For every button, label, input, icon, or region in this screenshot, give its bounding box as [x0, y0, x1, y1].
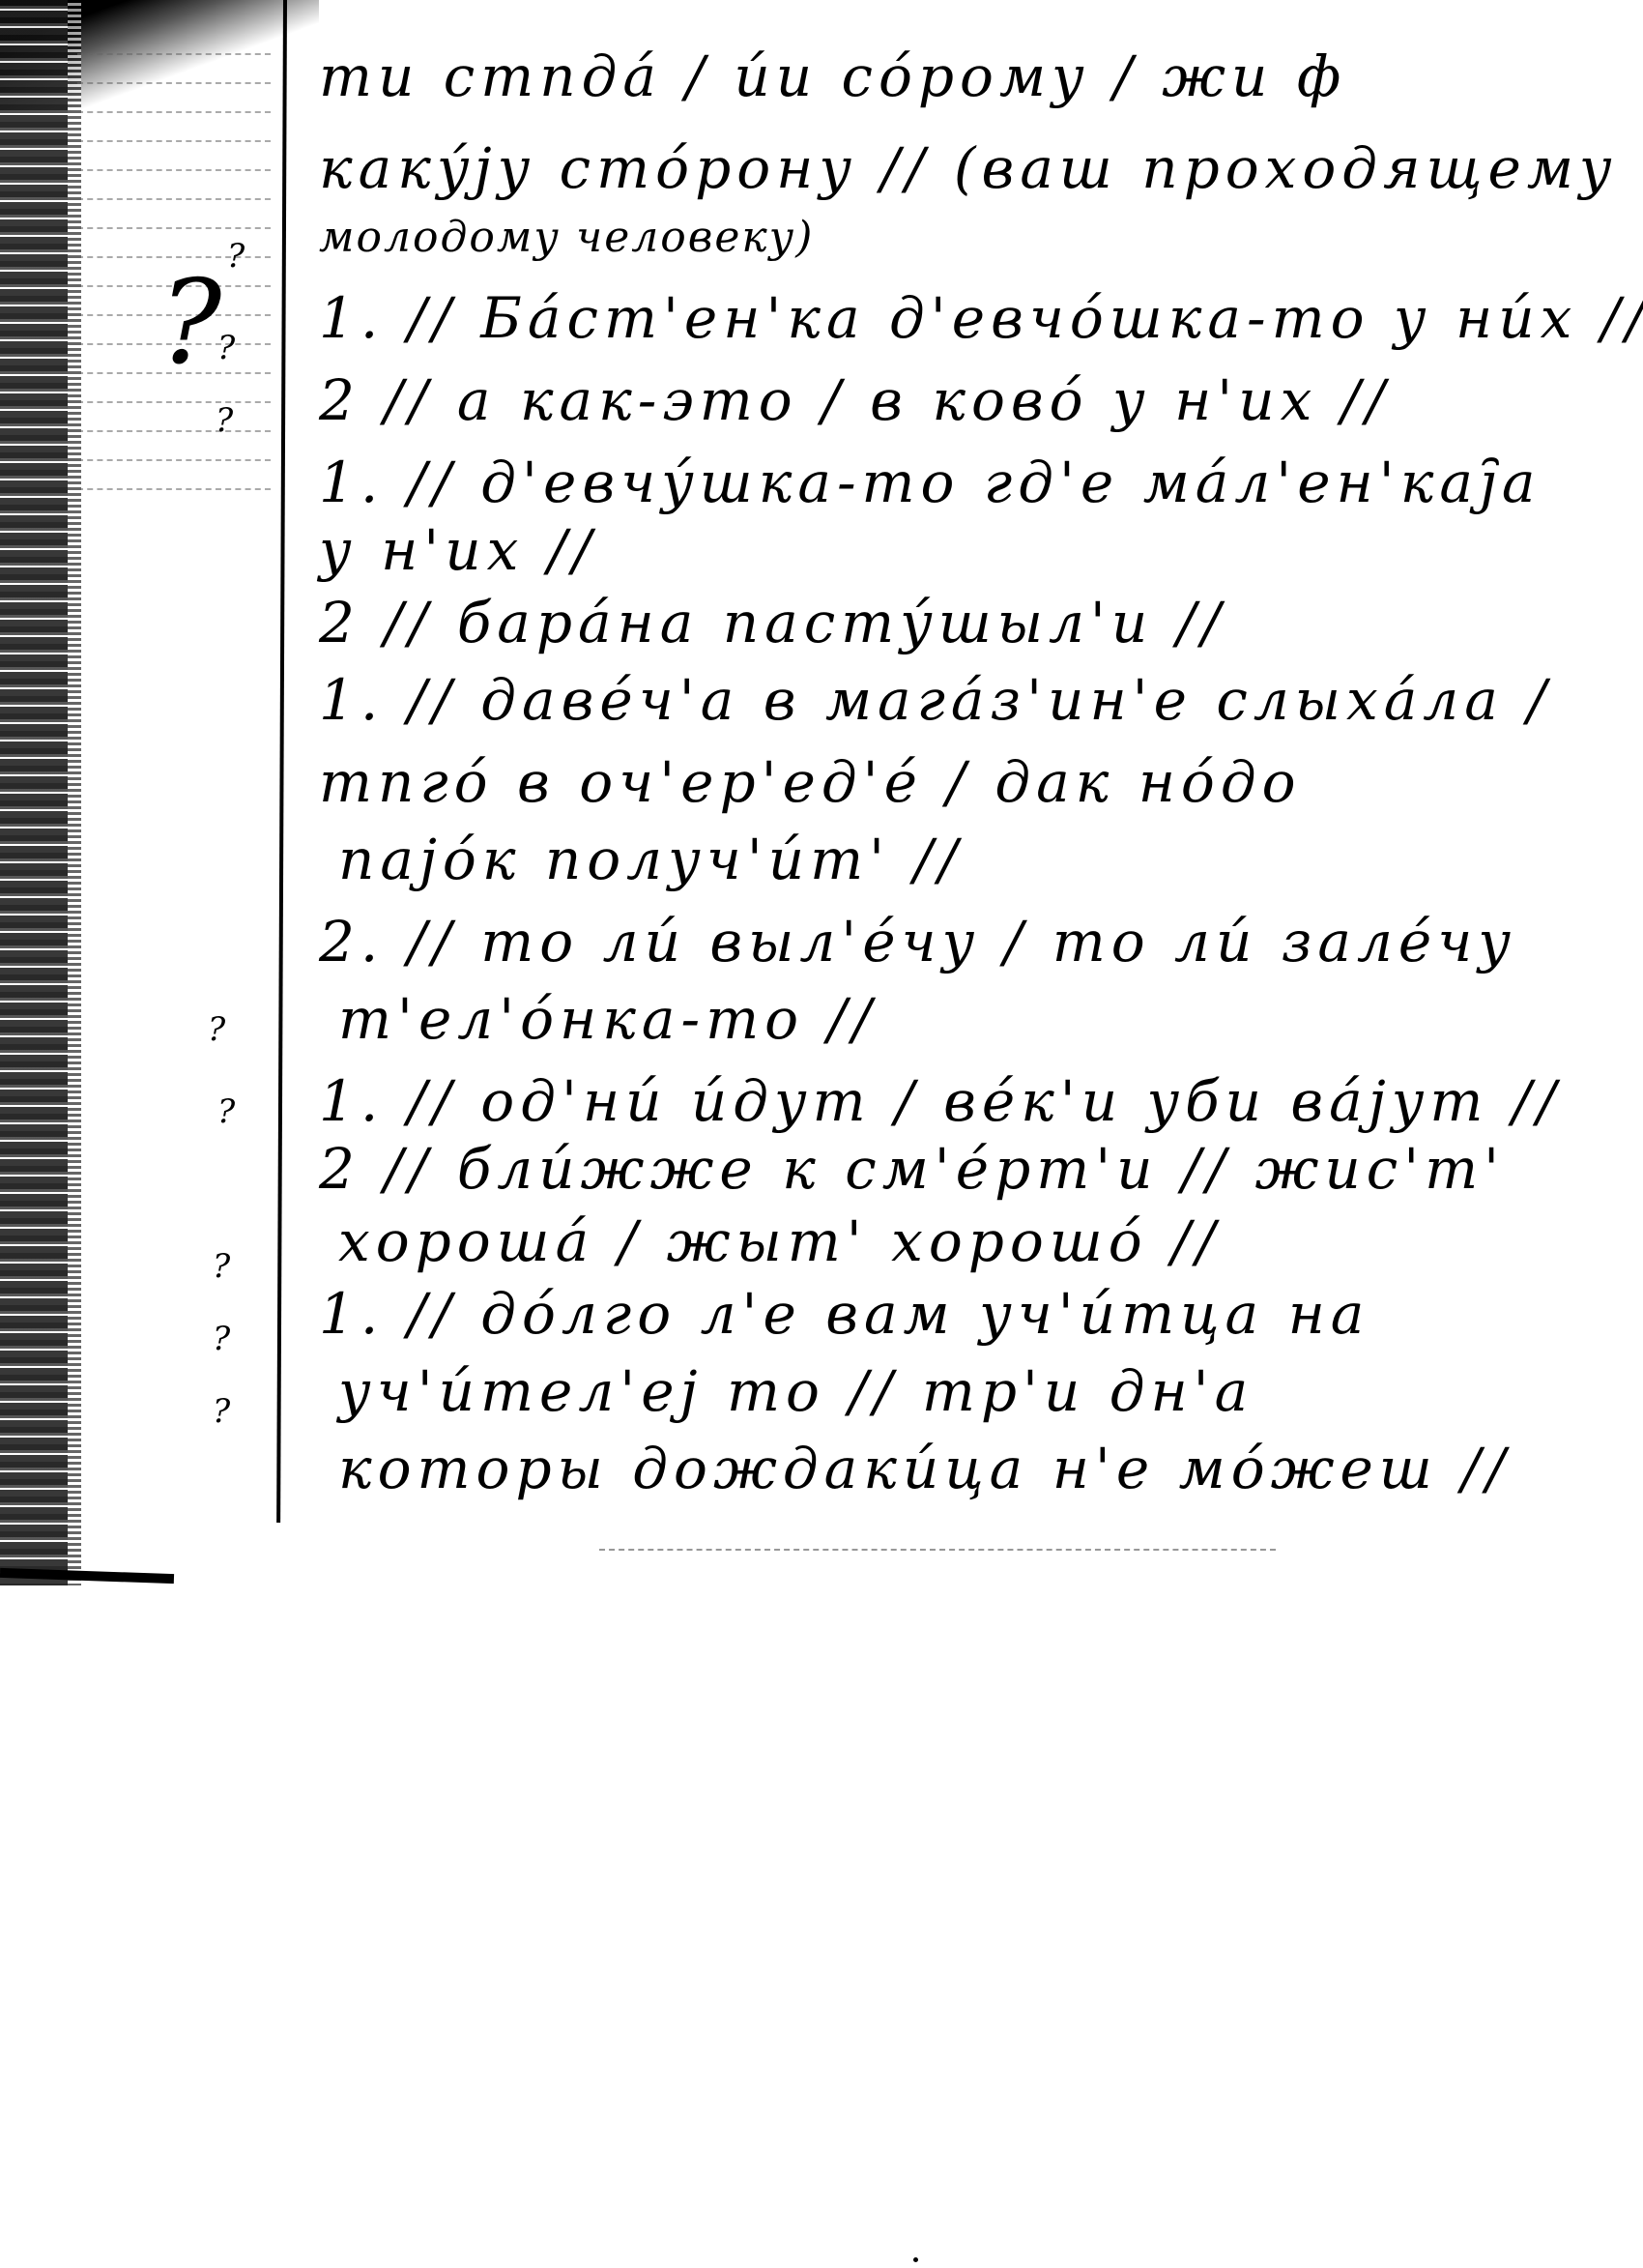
text-line: пајо́к получ'и́т' //	[338, 827, 964, 892]
text-line: 2 // бли́жже к см'е́рт'и // жис'т'	[319, 1136, 1505, 1202]
text-line: 1. // д'евчу́шка-то гд'е ма́л'ен'кај̑а	[319, 450, 1541, 515]
text-line: у н'их //	[319, 517, 597, 583]
text-line: уч'и́тел'еј то // тр'и дн'а	[338, 1358, 1254, 1424]
text-line: молодому человеку)	[319, 213, 814, 262]
question-mark: ?	[213, 1392, 230, 1431]
text-line: которы дождаки́ца н'е мо́жеш //	[338, 1436, 1511, 1501]
question-mark: ?	[213, 1247, 230, 1286]
margin-rule	[276, 0, 287, 1523]
text-line: тпго́ в оч'ер'ед'е́ / дак но́до	[319, 749, 1302, 815]
faint-ruled-line	[599, 1549, 1276, 1551]
question-mark: ?	[227, 237, 245, 276]
question-mark: ?	[208, 1010, 225, 1049]
question-mark: ?	[217, 1092, 235, 1131]
text-line: ти стпда́ / и́и со́рому / жи ф	[319, 44, 1346, 109]
text-line: хороша́ / жыт' хорошо́ //	[338, 1208, 1221, 1274]
question-mark: ?	[213, 1320, 230, 1358]
text-line: какýју сто́рону // (ваш проходящему	[319, 135, 1618, 201]
text-line: 1. // даве́ч'а в магáз'ин'е слыха́ла /	[319, 667, 1552, 733]
text-line: 1. // од'ни́ и́дут / ве́к'и уби ва́јут /…	[319, 1068, 1562, 1134]
scan-dot	[913, 2257, 918, 2262]
text-line: 2. // то ли́ выл'е́чу / то ли́ зале́чу	[319, 909, 1516, 974]
question-mark: ?	[217, 329, 235, 367]
text-line: 2 // бара́на пасту́шыл'и //	[319, 590, 1226, 655]
text-line: 1. // до́лго л'е вам уч'и́тца на	[319, 1281, 1369, 1347]
question-mark: ?	[216, 401, 233, 440]
notebook-binding-edge	[0, 0, 68, 1585]
text-line: т'ел'о́нка-то //	[338, 986, 878, 1052]
text-line: 1. // Ба́ст'ен'ка д'евчо́шка-то у ни́х /…	[319, 285, 1643, 351]
margin-big-question-mark: ?	[159, 256, 221, 391]
text-line: 2 // а как-это / в ково́ у н'их //	[319, 367, 1391, 433]
